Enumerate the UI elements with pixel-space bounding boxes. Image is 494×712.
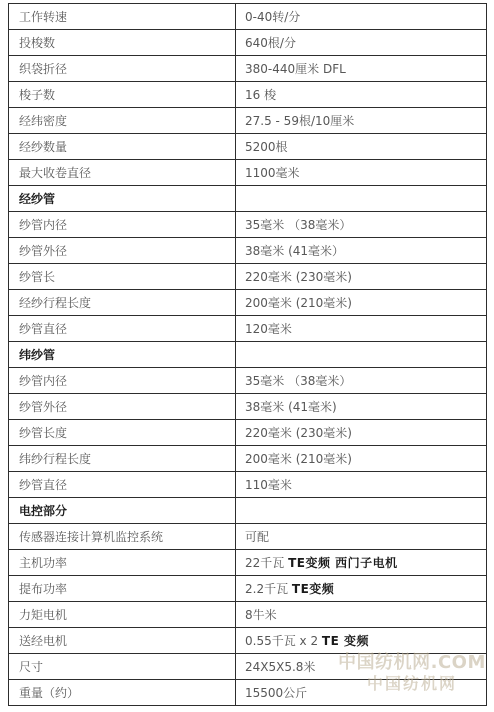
section-header-row: 电控部分 <box>9 498 487 524</box>
spec-value-bold-text: TE变频 <box>292 582 334 596</box>
spec-value-text: 220毫米 (230毫米) <box>245 270 352 284</box>
table-row: 工作转速0-40转/分 <box>9 4 487 30</box>
spec-label-cell: 纱管外径 <box>9 238 236 264</box>
table-row: 经纱行程长度200毫米 (210毫米) <box>9 290 487 316</box>
spec-label-cell: 工作转速 <box>9 4 236 30</box>
spec-label-cell: 力矩电机 <box>9 602 236 628</box>
table-row: 经纱数量5200根 <box>9 134 487 160</box>
spec-value-cell: 8牛米 <box>236 602 487 628</box>
spec-value-cell: 0.55千瓦 x 2 TE 变频 <box>236 628 487 654</box>
spec-value-bold-text: TE变频 西门子电机 <box>288 556 398 570</box>
spec-value-cell: 38毫米 (41毫米) <box>236 394 487 420</box>
table-row: 传感器连接计算机监控系统可配 <box>9 524 487 550</box>
table-row: 纱管内径35毫米 （38毫米） <box>9 212 487 238</box>
spec-value-text: 0.55千瓦 x 2 <box>245 634 322 648</box>
spec-value-cell: 27.5 - 59根/10厘米 <box>236 108 487 134</box>
table-row: 送经电机0.55千瓦 x 2 TE 变频 <box>9 628 487 654</box>
spec-label-cell: 纱管长 <box>9 264 236 290</box>
spec-value-text: 200毫米 (210毫米) <box>245 296 352 310</box>
spec-value-text: 15500公斤 <box>245 686 307 700</box>
table-row: 重量（约）15500公斤 <box>9 680 487 706</box>
table-row: 纱管外径38毫米 (41毫米) <box>9 394 487 420</box>
spec-value-cell: 24X5X5.8米 <box>236 654 487 680</box>
table-row: 投梭数640根/分 <box>9 30 487 56</box>
section-header-row: 经纱管 <box>9 186 487 212</box>
spec-label-cell: 织袋折径 <box>9 56 236 82</box>
spec-label-cell: 送经电机 <box>9 628 236 654</box>
spec-label-cell: 提布功率 <box>9 576 236 602</box>
spec-label-cell: 重量（约） <box>9 680 236 706</box>
spec-label-cell: 纱管长度 <box>9 420 236 446</box>
table-row: 纱管长度220毫米 (230毫米) <box>9 420 487 446</box>
spec-label-cell: 纱管直径 <box>9 316 236 342</box>
spec-label-cell: 最大收卷直径 <box>9 160 236 186</box>
spec-value-cell <box>236 498 487 524</box>
spec-label-cell: 纱管内径 <box>9 368 236 394</box>
spec-value-cell: 200毫米 (210毫米) <box>236 446 487 472</box>
spec-label-cell: 纱管外径 <box>9 394 236 420</box>
spec-value-text: 16 梭 <box>245 88 276 102</box>
spec-value-cell: 380-440厘米 DFL <box>236 56 487 82</box>
spec-value-cell: 2.2千瓦 TE变频 <box>236 576 487 602</box>
spec-value-text: 38毫米 (41毫米） <box>245 244 344 258</box>
spec-value-cell <box>236 186 487 212</box>
spec-value-cell: 120毫米 <box>236 316 487 342</box>
spec-value-text: 640根/分 <box>245 36 296 50</box>
spec-value-text: 可配 <box>245 530 269 544</box>
spec-label-cell: 梭子数 <box>9 82 236 108</box>
spec-value-cell: 220毫米 (230毫米) <box>236 420 487 446</box>
table-row: 主机功率22千瓦 TE变频 西门子电机 <box>9 550 487 576</box>
spec-value-text: 220毫米 (230毫米) <box>245 426 352 440</box>
table-row: 提布功率2.2千瓦 TE变频 <box>9 576 487 602</box>
table-row: 经纬密度27.5 - 59根/10厘米 <box>9 108 487 134</box>
table-row: 织袋折径380-440厘米 DFL <box>9 56 487 82</box>
spec-value-text: 200毫米 (210毫米) <box>245 452 352 466</box>
spec-value-text: 8牛米 <box>245 608 277 622</box>
spec-label-cell: 纬纱行程长度 <box>9 446 236 472</box>
spec-value-cell: 15500公斤 <box>236 680 487 706</box>
table-row: 纱管直径120毫米 <box>9 316 487 342</box>
spec-label-cell: 经纱管 <box>9 186 236 212</box>
spec-value-text: 2.2千瓦 <box>245 582 292 596</box>
table-row: 纱管直径110毫米 <box>9 472 487 498</box>
spec-value-cell <box>236 342 487 368</box>
spec-table: 工作转速0-40转/分投梭数640根/分织袋折径380-440厘米 DFL梭子数… <box>8 3 487 706</box>
spec-value-text: 35毫米 （38毫米） <box>245 218 351 232</box>
table-row: 纱管内径35毫米 （38毫米） <box>9 368 487 394</box>
spec-value-cell: 220毫米 (230毫米) <box>236 264 487 290</box>
section-header-row: 纬纱管 <box>9 342 487 368</box>
spec-label-cell: 纱管内径 <box>9 212 236 238</box>
spec-label-cell: 主机功率 <box>9 550 236 576</box>
spec-value-text: 38毫米 (41毫米) <box>245 400 337 414</box>
spec-value-text: 1100毫米 <box>245 166 300 180</box>
spec-table-body: 工作转速0-40转/分投梭数640根/分织袋折径380-440厘米 DFL梭子数… <box>9 4 487 706</box>
table-row: 纱管外径38毫米 (41毫米） <box>9 238 487 264</box>
spec-value-cell: 35毫米 （38毫米） <box>236 368 487 394</box>
spec-value-bold-text: TE 变频 <box>322 634 369 648</box>
spec-value-cell: 200毫米 (210毫米) <box>236 290 487 316</box>
spec-value-cell: 16 梭 <box>236 82 487 108</box>
spec-value-text: 0-40转/分 <box>245 10 300 24</box>
table-row: 纱管长220毫米 (230毫米) <box>9 264 487 290</box>
spec-value-text: 110毫米 <box>245 478 292 492</box>
spec-label-cell: 投梭数 <box>9 30 236 56</box>
spec-value-text: 24X5X5.8米 <box>245 660 315 674</box>
spec-value-cell: 38毫米 (41毫米） <box>236 238 487 264</box>
spec-value-cell: 35毫米 （38毫米） <box>236 212 487 238</box>
spec-value-text: 5200根 <box>245 140 288 154</box>
spec-value-cell: 110毫米 <box>236 472 487 498</box>
spec-label-cell: 电控部分 <box>9 498 236 524</box>
table-row: 最大收卷直径1100毫米 <box>9 160 487 186</box>
spec-label-cell: 传感器连接计算机监控系统 <box>9 524 236 550</box>
spec-label-cell: 经纱行程长度 <box>9 290 236 316</box>
spec-value-cell: 1100毫米 <box>236 160 487 186</box>
spec-label-cell: 纬纱管 <box>9 342 236 368</box>
spec-value-cell: 22千瓦 TE变频 西门子电机 <box>236 550 487 576</box>
spec-label-cell: 尺寸 <box>9 654 236 680</box>
spec-value-text: 380-440厘米 DFL <box>245 62 346 76</box>
spec-label-cell: 经纬密度 <box>9 108 236 134</box>
spec-value-text: 120毫米 <box>245 322 292 336</box>
spec-label-cell: 纱管直径 <box>9 472 236 498</box>
spec-value-text: 35毫米 （38毫米） <box>245 374 351 388</box>
spec-value-cell: 5200根 <box>236 134 487 160</box>
table-row: 力矩电机8牛米 <box>9 602 487 628</box>
spec-value-cell: 0-40转/分 <box>236 4 487 30</box>
spec-label-cell: 经纱数量 <box>9 134 236 160</box>
table-row: 尺寸24X5X5.8米 <box>9 654 487 680</box>
spec-value-text: 27.5 - 59根/10厘米 <box>245 114 354 128</box>
table-row: 纬纱行程长度200毫米 (210毫米) <box>9 446 487 472</box>
table-row: 梭子数16 梭 <box>9 82 487 108</box>
spec-value-cell: 640根/分 <box>236 30 487 56</box>
spec-value-cell: 可配 <box>236 524 487 550</box>
spec-value-text: 22千瓦 <box>245 556 288 570</box>
